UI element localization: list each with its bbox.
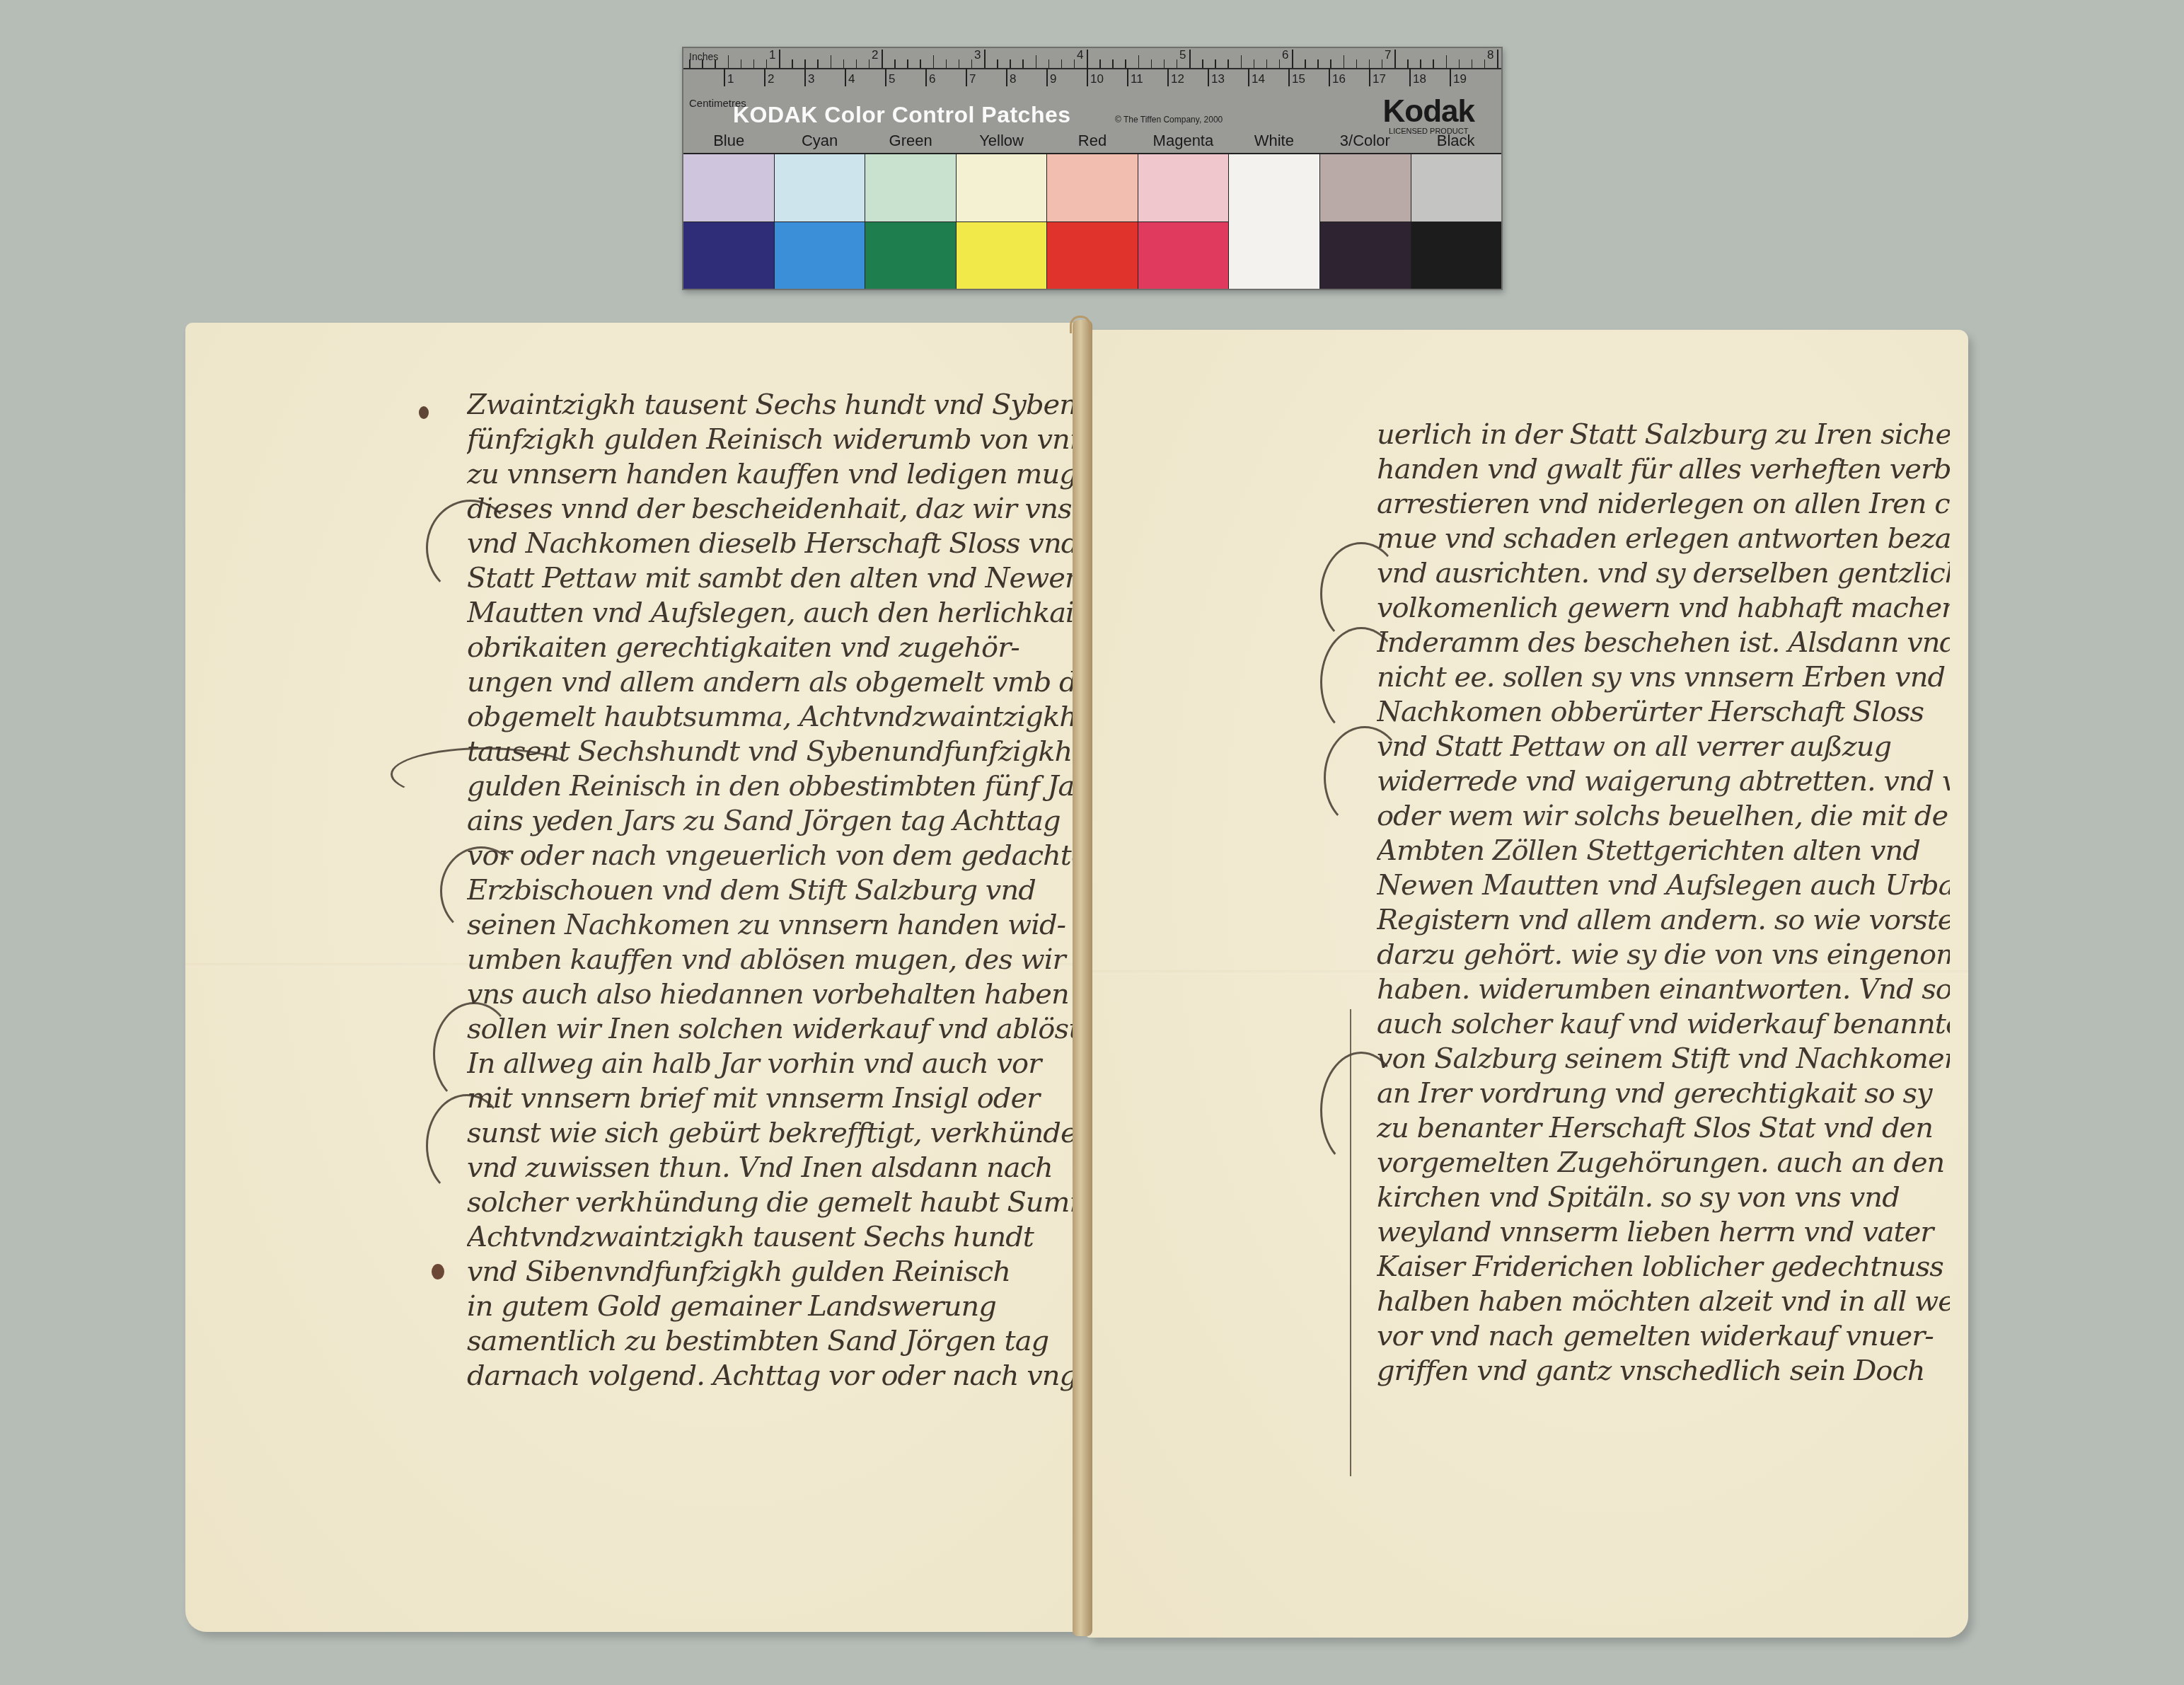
- text-line: nicht ee. sollen sy vns vnnsern Erben vn…: [1377, 660, 1950, 695]
- cm-tick-label: 17: [1373, 72, 1386, 86]
- inch-tick-label: 8: [1487, 48, 1493, 62]
- text-line: Kaiser Friderichen loblicher gedechtnuss…: [1377, 1250, 1950, 1284]
- text-line: Mautten vnd Aufslegen, auch den herlichk…: [467, 596, 1075, 631]
- patch-dark: [1047, 222, 1138, 289]
- inch-tick-label: 5: [1179, 48, 1186, 62]
- minor-tick: [1036, 55, 1037, 68]
- text-line: vnd Statt Pettaw on all verrer außzug: [1377, 730, 1950, 764]
- text-line: vor oder nach vngeuerlich von dem gedach…: [467, 839, 1075, 873]
- color-patch-cyan: [775, 154, 866, 289]
- minor-tick: [1305, 59, 1306, 68]
- patch-light: [1320, 154, 1411, 222]
- minor-tick: [1099, 59, 1101, 68]
- inch-tick-label: 1: [769, 48, 775, 62]
- patch-light: [957, 154, 1047, 222]
- patch-label-3-color: 3/Color: [1319, 132, 1410, 153]
- minor-tick: [1202, 59, 1203, 68]
- cm-tick: [804, 68, 806, 86]
- text-line: vns auch also hiedannen vorbehalten habe…: [467, 977, 1075, 1012]
- patch-dark: [775, 222, 865, 289]
- minor-tick: [1177, 59, 1178, 68]
- initial-flourish: [426, 1094, 508, 1197]
- inch-tick: [1087, 50, 1088, 68]
- text-line: oder wem wir solchs beuelhen, die mit de…: [1377, 799, 1950, 834]
- cm-tick: [845, 68, 846, 86]
- patch-label-green: Green: [865, 132, 956, 153]
- minor-tick: [856, 59, 857, 68]
- minor-tick: [702, 59, 703, 68]
- minor-tick: [946, 59, 947, 68]
- minor-tick: [1369, 59, 1370, 68]
- color-patch-3-color: [1320, 154, 1411, 289]
- cm-tick: [724, 68, 725, 86]
- color-patch-red: [1047, 154, 1138, 289]
- minor-tick: [1215, 59, 1216, 68]
- cm-tick-label: 14: [1252, 72, 1265, 86]
- minor-tick: [1317, 59, 1319, 68]
- patch-label-black: Black: [1411, 132, 1501, 153]
- minor-tick: [1074, 59, 1075, 68]
- patch-light: [683, 154, 774, 222]
- cm-tick: [1167, 68, 1169, 86]
- cm-tick: [1409, 68, 1411, 86]
- text-line: kirchen vnd Spitäln. so sy von vns vnd: [1377, 1180, 1950, 1215]
- cm-tick-label: 19: [1453, 72, 1467, 86]
- text-line: uerlich in der Statt Salzburg zu Iren si…: [1377, 418, 1950, 452]
- initial-flourish: [1324, 726, 1406, 829]
- color-patch-blue: [683, 154, 775, 289]
- text-line: Registern vnd allem andern. so wie vorst…: [1377, 903, 1950, 938]
- text-line: sunst wie sich gebürt bekrefftigt, verkh…: [467, 1116, 1075, 1151]
- patch-light: [1047, 154, 1138, 222]
- text-line: Newen Mautten vnd Aufslegen auch Urbar-: [1377, 868, 1950, 903]
- cm-tick-label: 9: [1050, 72, 1056, 86]
- text-line: zu vnnsern handen kauffen vnd ledigen mu…: [467, 457, 1075, 492]
- text-line: halben haben möchten alzeit vnd in all w…: [1377, 1284, 1950, 1319]
- minor-tick: [728, 55, 729, 68]
- binding-thread: [1070, 316, 1091, 333]
- minor-tick: [920, 59, 921, 68]
- cm-tick: [1087, 68, 1088, 86]
- minor-tick: [1344, 55, 1345, 68]
- minor-tick: [907, 59, 908, 68]
- cm-tick: [1208, 68, 1209, 86]
- color-patch-yellow: [957, 154, 1048, 289]
- inch-tick: [1189, 50, 1191, 68]
- color-patches: [683, 153, 1501, 289]
- minor-tick: [753, 59, 755, 68]
- text-line: Erzbischouen vnd dem Stift Salzburg vnd: [467, 873, 1075, 908]
- text-line: obgemelt haubtsumma, Achtvndzwaintzigkh: [467, 700, 1075, 735]
- text-line: von Salzburg seinem Stift vnd Nachkomen: [1377, 1042, 1950, 1076]
- text-line: samentlich zu bestimbten Sand Jörgen tag: [467, 1324, 1075, 1359]
- minor-tick: [971, 59, 973, 68]
- minor-tick: [1356, 59, 1358, 68]
- text-line: vorgemelten Zugehörungen. auch an den: [1377, 1146, 1950, 1180]
- minor-tick: [831, 55, 832, 68]
- inch-scale: Inches 12345678: [683, 48, 1501, 69]
- minor-tick: [1022, 59, 1024, 68]
- inch-tick-label: 3: [974, 48, 981, 62]
- color-patch-magenta: [1138, 154, 1230, 289]
- cm-tick: [1127, 68, 1128, 86]
- text-line: darnach volgend. Achttag vor oder nach v…: [467, 1359, 1075, 1393]
- minor-tick: [1407, 59, 1409, 68]
- color-patch-green: [865, 154, 957, 289]
- cm-tick: [1288, 68, 1290, 86]
- inch-tick: [779, 50, 780, 68]
- minor-tick: [894, 59, 896, 68]
- text-line: Nachkomen obberürter Herschaft Sloss: [1377, 695, 1950, 730]
- text-line: an Irer vordrung vnd gerechtigkait so sy: [1377, 1076, 1950, 1111]
- patch-label-white: White: [1229, 132, 1319, 153]
- centimetre-scale: 12345678910111213141516171819: [683, 68, 1501, 96]
- minor-tick: [1266, 59, 1268, 68]
- text-line: vnd ausrichten. vnd sy derselben gentzli…: [1377, 556, 1950, 591]
- text-line: griffen vnd gantz vnschedlich sein Doch: [1377, 1354, 1950, 1388]
- patch-light: [775, 154, 865, 222]
- cm-tick: [1329, 68, 1330, 86]
- inch-tick: [1497, 50, 1498, 68]
- cm-tick-label: 3: [808, 72, 814, 86]
- manuscript-page-right: uerlich in der Statt Salzburg zu Iren si…: [1087, 330, 1968, 1638]
- cm-tick: [1450, 68, 1451, 86]
- patch-labels: BlueCyanGreenYellowRedMagentaWhite3/Colo…: [683, 132, 1501, 153]
- minor-tick: [1061, 59, 1063, 68]
- minor-tick: [1010, 59, 1011, 68]
- cm-tick: [885, 68, 886, 86]
- minor-tick: [817, 59, 819, 68]
- minor-tick: [1254, 59, 1255, 68]
- minor-tick: [1241, 55, 1242, 68]
- minor-tick: [1330, 59, 1331, 68]
- initial-flourish: [391, 747, 579, 801]
- text-line: sollen wir Inen solchen widerkauf vnd ab…: [467, 1012, 1075, 1047]
- minor-tick: [997, 59, 998, 68]
- color-patch-white: [1229, 154, 1320, 289]
- patch-label-cyan: Cyan: [774, 132, 865, 153]
- patch-label-yellow: Yellow: [956, 132, 1046, 153]
- initial-flourish: [1320, 542, 1402, 645]
- initial-flourish: [1320, 627, 1402, 737]
- minor-tick: [1048, 59, 1050, 68]
- text-line: Zwaintzigkh tausent Sechs hundt vnd Sybe…: [467, 388, 1075, 422]
- minor-tick: [715, 59, 716, 68]
- minor-tick: [1484, 59, 1486, 68]
- minor-tick: [1459, 59, 1460, 68]
- cm-tick-label: 18: [1413, 72, 1426, 86]
- cm-tick-label: 1: [727, 72, 734, 86]
- text-line: in gutem Gold gemainer Landswerung: [467, 1289, 1075, 1324]
- margin-line: [1350, 1009, 1351, 1476]
- text-line: In allweg ain halb Jar vorhin vnd auch v…: [467, 1047, 1075, 1081]
- cm-tick-label: 8: [1010, 72, 1016, 86]
- cm-tick-label: 11: [1131, 72, 1143, 86]
- patch-label-magenta: Magenta: [1138, 132, 1228, 153]
- cm-tick-label: 5: [889, 72, 895, 86]
- cm-tick: [1006, 68, 1007, 86]
- patch-label-red: Red: [1047, 132, 1138, 153]
- text-line: solcher verkhündung die gemelt haubt Sum…: [467, 1185, 1075, 1220]
- cm-tick: [1369, 68, 1370, 86]
- minor-tick: [1227, 59, 1229, 68]
- cm-tick: [925, 68, 927, 86]
- text-line: arrestieren vnd niderlegen on allen Iren…: [1377, 487, 1950, 522]
- card-title: KODAK Color Control Patches: [733, 102, 1071, 128]
- minor-tick: [804, 59, 806, 68]
- text-line: volkomenlich gewern vnd habhaft machen: [1377, 591, 1950, 626]
- cm-tick-label: 16: [1332, 72, 1346, 86]
- minor-tick: [741, 59, 742, 68]
- text-line: vnd Nachkomen dieselb Herschaft Sloss vn…: [467, 527, 1075, 561]
- cm-tick-label: 7: [969, 72, 976, 86]
- cm-tick: [764, 68, 765, 86]
- minor-tick: [869, 59, 870, 68]
- minor-tick: [1472, 59, 1473, 68]
- handwritten-text: Zwaintzigkh tausent Sechs hundt vnd Sybe…: [467, 388, 1075, 1393]
- handwritten-text: uerlich in der Statt Salzburg zu Iren si…: [1377, 418, 1950, 1388]
- patch-dark: [957, 222, 1047, 289]
- patch-dark: [865, 222, 956, 289]
- cm-tick-label: 13: [1211, 72, 1225, 86]
- inch-tick-label: 6: [1282, 48, 1288, 62]
- text-line: mue vnd schaden erlegen antworten bezall…: [1377, 522, 1950, 556]
- ink-blot: [419, 406, 429, 419]
- text-line: obrikaiten gerechtigkaiten vnd zugehör-: [467, 631, 1075, 665]
- inch-tick: [1292, 50, 1293, 68]
- minor-tick: [689, 59, 691, 68]
- inch-tick: [882, 50, 883, 68]
- text-line: vor vnd nach gemelten widerkauf vnuer-: [1377, 1319, 1950, 1354]
- inch-tick: [984, 50, 986, 68]
- patch-light: [1138, 154, 1229, 222]
- text-line: zu benanter Herschaft Slos Stat vnd den: [1377, 1111, 1950, 1146]
- kodak-logo: Kodak LICENSED PRODUCT: [1383, 96, 1474, 136]
- text-line: dieses vnnd der bescheidenhait, daz wir …: [467, 492, 1075, 527]
- text-line: handen vnd gwalt für alles verheften ver…: [1377, 452, 1950, 487]
- card-copyright: © The Tiffen Company, 2000: [1115, 115, 1223, 125]
- minor-tick: [1138, 55, 1140, 68]
- text-line: mit vnnsern brief mit vnnserm Insigl ode…: [467, 1081, 1075, 1116]
- manuscript-page-left: Zwaintzigkh tausent Sechs hundt vnd Sybe…: [185, 323, 1084, 1632]
- minor-tick: [1164, 59, 1165, 68]
- minor-tick: [1420, 59, 1421, 68]
- initial-flourish: [426, 500, 515, 596]
- text-line: auch solcher kauf vnd widerkauf benannte…: [1377, 1007, 1950, 1042]
- text-line: Inderamm des beschehen ist. Alsdann vnd: [1377, 626, 1950, 660]
- minor-tick: [1151, 59, 1152, 68]
- inch-tick: [1394, 50, 1396, 68]
- cm-tick-label: 12: [1171, 72, 1184, 86]
- text-line: vnd Sibenvndfunfzigkh gulden Reinisch: [467, 1255, 1075, 1289]
- text-line: Achtvndzwaintzigkh tausent Sechs hundt: [467, 1220, 1075, 1255]
- text-line: widerrede vnd waigerung abtretten. vnd v…: [1377, 764, 1950, 799]
- cm-tick-label: 2: [768, 72, 774, 86]
- minor-tick: [1446, 55, 1448, 68]
- fold-crease: [1087, 970, 1968, 974]
- binding-spine: [1073, 320, 1092, 1636]
- initial-flourish: [1320, 1052, 1402, 1169]
- cm-tick: [966, 68, 967, 86]
- patch-light: [865, 154, 956, 222]
- text-line: ains yeden Jars zu Sand Jörgen tag Achtt…: [467, 804, 1075, 839]
- minor-tick: [1433, 59, 1434, 68]
- minor-tick: [1382, 59, 1383, 68]
- cm-tick-label: 6: [929, 72, 935, 86]
- minor-tick: [766, 59, 768, 68]
- inch-tick-label: 2: [872, 48, 878, 62]
- minor-tick: [1112, 59, 1114, 68]
- minor-tick: [1279, 59, 1281, 68]
- initial-flourish: [440, 846, 522, 936]
- cm-tick-label: 4: [848, 72, 855, 86]
- text-line: vnd zuwissen thun. Vnd Inen alsdann nach: [467, 1151, 1075, 1185]
- minor-tick: [843, 59, 845, 68]
- inch-tick-label: 4: [1077, 48, 1083, 62]
- cm-tick-label: 10: [1090, 72, 1104, 86]
- brand-name: Kodak: [1383, 96, 1474, 127]
- patch-dark: [1320, 222, 1411, 289]
- text-line: haben. widerumben einantworten. Vnd soll: [1377, 972, 1950, 1007]
- patch-dark: [1138, 222, 1229, 289]
- text-line: fünfzigkh gulden Reinisch widerumb von v…: [467, 422, 1075, 457]
- patch-light: [1411, 154, 1502, 222]
- minor-tick: [792, 59, 793, 68]
- patch-dark: [1411, 222, 1502, 289]
- text-line: tausent Sechshundt vnd Sybenundfunfzigkh: [467, 735, 1075, 769]
- minor-tick: [1125, 59, 1126, 68]
- text-line: ungen vnd allem andern als obgemelt vmb …: [467, 665, 1075, 700]
- patch-label-blue: Blue: [683, 132, 774, 153]
- text-line: seinen Nachkomen zu vnnsern handen wid-: [467, 908, 1075, 943]
- patch-light: [1229, 154, 1319, 289]
- fold-crease: [185, 963, 1084, 967]
- text-line: Statt Pettaw mit sambt den alten vnd New…: [467, 561, 1075, 596]
- cm-tick-label: 15: [1292, 72, 1305, 86]
- text-line: umben kauffen vnd ablösen mugen, des wir: [467, 943, 1075, 977]
- patch-dark: [683, 222, 774, 289]
- text-line: darzu gehört. wie sy die von vns eingeno…: [1377, 938, 1950, 972]
- cm-tick: [1248, 68, 1249, 86]
- text-line: Ambten Zöllen Stettgerichten alten vnd: [1377, 834, 1950, 868]
- minor-tick: [933, 55, 935, 68]
- color-patch-black: [1411, 154, 1502, 289]
- inches-label: Inches: [689, 51, 718, 62]
- initial-flourish: [433, 1002, 515, 1105]
- minor-tick: [959, 59, 960, 68]
- text-line: gulden Reinisch in den obbestimbten fünf…: [467, 769, 1075, 804]
- cm-tick: [1046, 68, 1048, 86]
- kodak-color-control-card: Inches 12345678 123456789101112131415161…: [682, 47, 1503, 290]
- inch-tick-label: 7: [1385, 48, 1391, 62]
- ink-blot: [432, 1264, 444, 1279]
- text-line: weyland vnnserm lieben herrn vnd vater: [1377, 1215, 1950, 1250]
